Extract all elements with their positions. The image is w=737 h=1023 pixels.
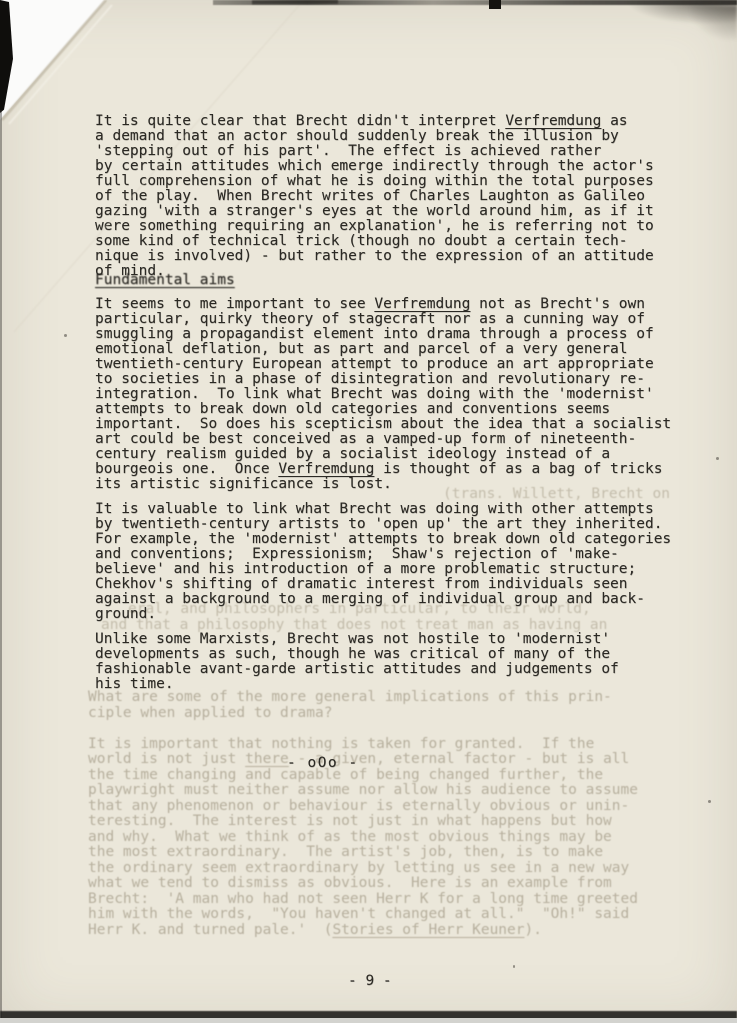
text-line: emotional deflation, but as part and par… <box>95 342 671 357</box>
top-edge-black-mark <box>489 0 501 9</box>
dust-speck <box>708 800 711 803</box>
top-edge-smudge-dash <box>252 0 338 4</box>
text-line: gazing 'with a stranger's eyes at the wo… <box>95 204 654 219</box>
dust-speck <box>716 457 719 460</box>
text-line: fashionable avant-garde artistic attitud… <box>95 662 619 677</box>
paragraph: It is valuable to link what Brecht was d… <box>95 502 671 622</box>
text-line: a demand that an actor should suddenly b… <box>95 129 654 144</box>
text-line: its artistic significance is lost. <box>95 477 671 492</box>
text-line: to societies in a phase of disintegratio… <box>95 372 671 387</box>
text-line: of the play. When Brecht writes of Charl… <box>95 189 654 204</box>
page-number: - 9 - <box>348 973 392 989</box>
text-line: were something requiring an explanation'… <box>95 219 654 234</box>
text-line: It seems to me important to see Verfremd… <box>95 297 671 312</box>
dust-speck <box>64 334 67 337</box>
text-line: Chekhov's shifting of dramatic interest … <box>95 577 671 592</box>
text-line: nique is involved) - but rather to the e… <box>95 249 654 264</box>
text-line: some kind of technical trick (though no … <box>95 234 654 249</box>
scan-left-edge-line <box>0 110 2 1023</box>
text-line: integration. To link what Brecht was doi… <box>95 387 671 402</box>
text-line: developments as such, though he was crit… <box>95 647 619 662</box>
text-line: full comprehension of what he is doing w… <box>95 174 654 189</box>
text-line: important. So does his scepticism about … <box>95 417 671 432</box>
text-line: bourgeois one. Once Verfremdung is thoug… <box>95 462 671 477</box>
text-line: century realism guided by a socialist id… <box>95 447 671 462</box>
scanned-document-page: { "document": { "separator": "- oOo -", … <box>0 0 737 1023</box>
paragraph: It seems to me important to see Verfremd… <box>95 297 671 492</box>
text-line: Unlike some Marxists, Brecht was not hos… <box>95 632 619 647</box>
text-line: particular, quirky theory of stagecraft … <box>95 312 671 327</box>
top-right-corner-smudge <box>690 6 737 40</box>
text-line: attempts to break down old categories an… <box>95 402 671 417</box>
text-line: believe' and his introduction of a more … <box>95 562 671 577</box>
text-line: 'stepping out of his part'. The effect i… <box>95 144 654 159</box>
text-line: and conventions; Expressionism; Shaw's r… <box>95 547 671 562</box>
text-line: It is valuable to link what Brecht was d… <box>95 502 671 517</box>
paper-sheet: Fundamental aims What are some of the mo… <box>0 0 737 1023</box>
dust-speck <box>513 965 515 968</box>
text-line: by certain attitudes which emerge indire… <box>95 159 654 174</box>
text-line: his time. <box>95 677 619 692</box>
text-line: twentieth-century European attempt to pr… <box>95 357 671 372</box>
paragraph: It is quite clear that Brecht didn't int… <box>95 114 654 279</box>
text-line: smuggling a propagandist element into dr… <box>95 327 671 342</box>
text-line: It is quite clear that Brecht didn't int… <box>95 114 654 129</box>
text-line: by twentieth-century artists to 'open up… <box>95 517 671 532</box>
text-layer: It is quite clear that Brecht didn't int… <box>0 0 737 1023</box>
bottom-edge-backing <box>0 1018 737 1023</box>
text-line: against a background to a merging of ind… <box>95 592 671 607</box>
text-line: For example, the 'modernist' attempts to… <box>95 532 671 547</box>
text-line: ground. <box>95 607 671 622</box>
section-separator: - oOo - <box>287 755 359 771</box>
text-line: art could be best conceived as a vamped-… <box>95 432 671 447</box>
paragraph: Unlike some Marxists, Brecht was not hos… <box>95 632 619 692</box>
text-line: of mind. <box>95 264 654 279</box>
